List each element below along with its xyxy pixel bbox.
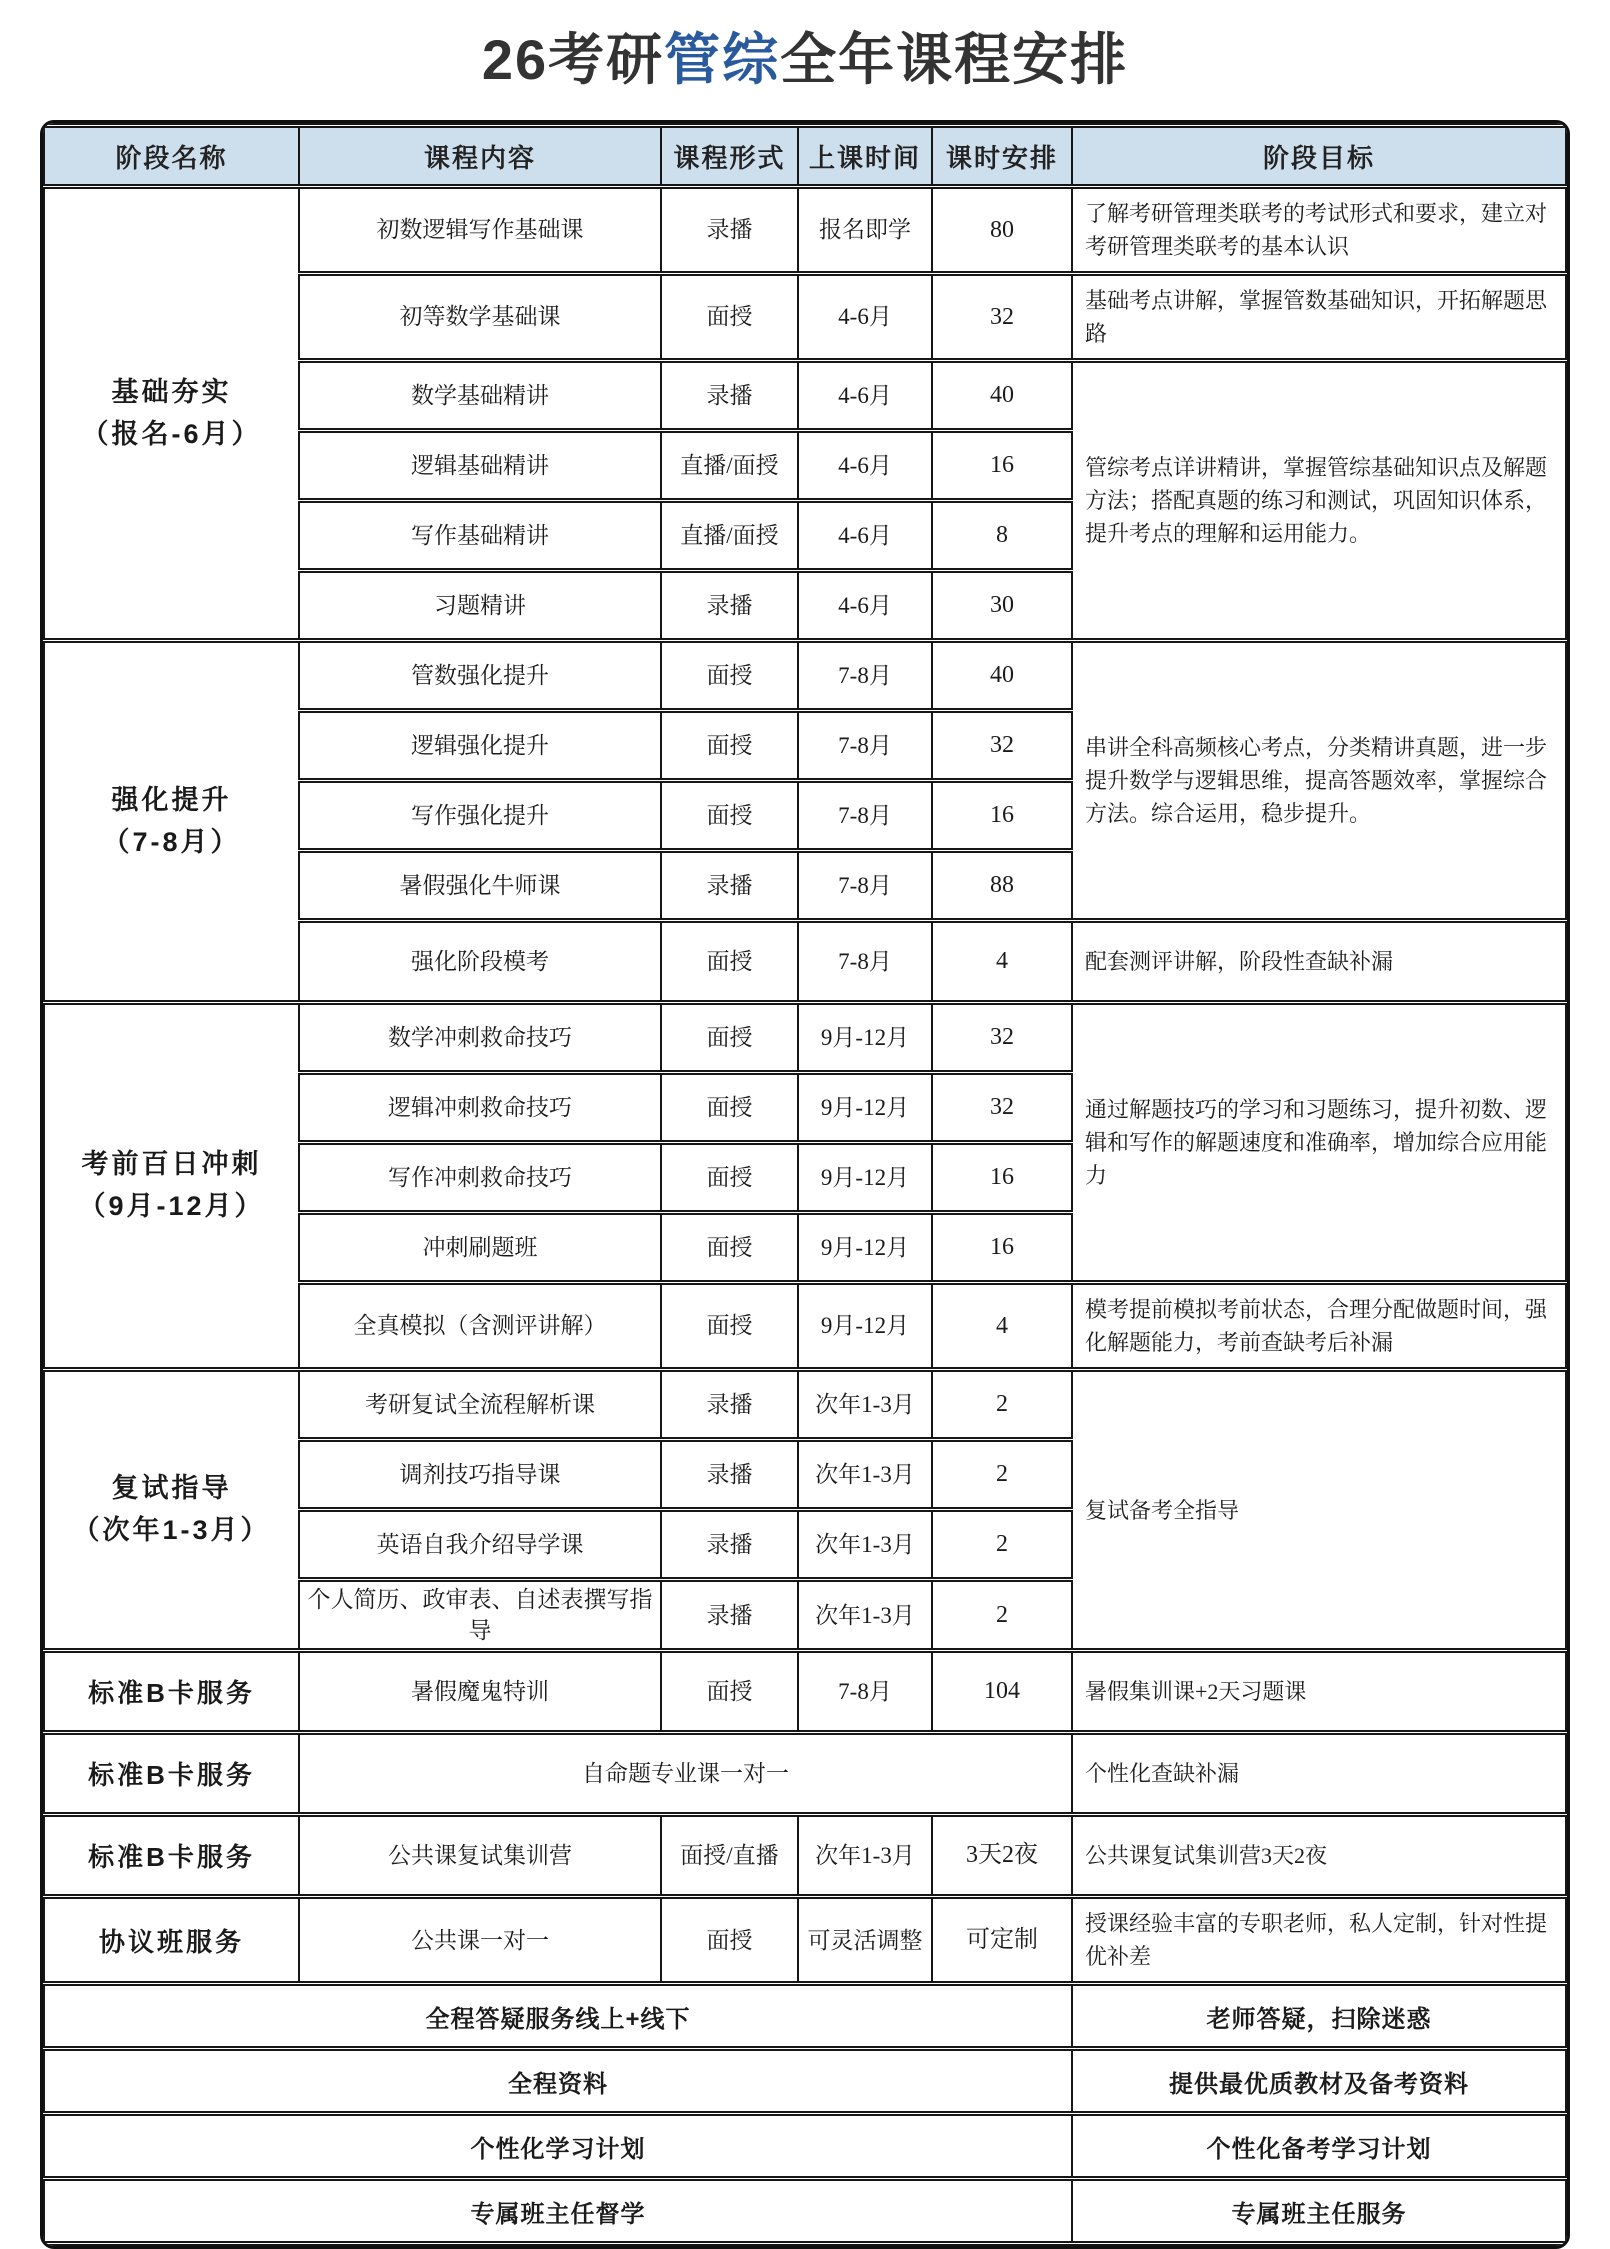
course-content-cell: 全真模拟（含测评讲解） xyxy=(299,1283,661,1370)
class-time-cell: 次年1-3月 xyxy=(798,1370,932,1440)
title-suffix: 全年课程安排 xyxy=(780,28,1128,91)
course-format-cell: 录播 xyxy=(661,361,798,431)
stage-goal-cell: 通过解题技巧的学习和习题练习，提升初数、逻辑和写作的解题速度和准确率，增加综合应… xyxy=(1072,1003,1566,1283)
course-content-cell: 写作基础精讲 xyxy=(299,501,661,571)
header-time: 上课时间 xyxy=(798,126,932,187)
class-hours-cell: 4 xyxy=(932,1283,1072,1370)
course-format-cell: 录播 xyxy=(661,1580,798,1651)
service-item-cell: 专属班主任督学 xyxy=(44,2179,1072,2244)
course-content-cell: 数学基础精讲 xyxy=(299,361,661,431)
course-schedule-table: 阶段名称课程内容课程形式上课时间课时安排阶段目标基础夯实 （报名-6月）初数逻辑… xyxy=(40,120,1570,2249)
stage-goal-cell: 基础考点讲解，掌握管数基础知识，开拓解题思路 xyxy=(1072,274,1566,361)
table-row: 基础夯实 （报名-6月）初数逻辑写作基础课录播报名即学80了解考研管理类联考的考… xyxy=(44,187,1566,274)
stage-goal-cell: 复试备考全指导 xyxy=(1072,1370,1566,1651)
table-row: 考前百日冲刺 （9月-12月）数学冲刺救命技巧面授9月-12月32通过解题技巧的… xyxy=(44,1003,1566,1073)
class-time-cell: 7-8月 xyxy=(798,781,932,851)
course-format-cell: 面授 xyxy=(661,1003,798,1073)
course-format-cell: 直播/面授 xyxy=(661,501,798,571)
class-hours-cell: 80 xyxy=(932,187,1072,274)
course-format-cell: 录播 xyxy=(661,851,798,921)
course-content-cell: 逻辑基础精讲 xyxy=(299,431,661,501)
course-format-cell: 录播 xyxy=(661,187,798,274)
class-hours-cell: 32 xyxy=(932,1073,1072,1143)
stage-goal-cell: 串讲全科高频核心考点，分类精讲真题，进一步提升数学与逻辑思维，提高答题效率，掌握… xyxy=(1072,641,1566,921)
table-row: 强化提升 （7-8月）管数强化提升面授7-8月40串讲全科高频核心考点，分类精讲… xyxy=(44,641,1566,711)
title-prefix: 26考研 xyxy=(482,28,664,91)
class-hours-cell: 2 xyxy=(932,1510,1072,1580)
class-time-cell: 7-8月 xyxy=(798,641,932,711)
course-content-cell: 强化阶段模考 xyxy=(299,921,661,1003)
service-item-cell: 全程资料 xyxy=(44,2049,1072,2114)
class-hours-cell: 104 xyxy=(932,1651,1072,1733)
stage-goal-cell: 管综考点详讲精讲，掌握管综基础知识点及解题方法；搭配真题的练习和测试，巩固知识体… xyxy=(1072,361,1566,641)
stage-goal-cell: 授课经验丰富的专职老师，私人定制，针对性提优补差 xyxy=(1072,1897,1566,1984)
table-row: 全程答疑服务线上+线下老师答疑，扫除迷惑 xyxy=(44,1984,1566,2049)
class-time-cell: 9月-12月 xyxy=(798,1213,932,1283)
header-goal: 阶段目标 xyxy=(1072,126,1566,187)
header-content: 课程内容 xyxy=(299,126,661,187)
course-content-cell: 个人简历、政审表、自述表撰写指导 xyxy=(299,1580,661,1651)
course-format-cell: 面授 xyxy=(661,1143,798,1213)
course-format-cell: 面授 xyxy=(661,1073,798,1143)
header-row: 阶段名称课程内容课程形式上课时间课时安排阶段目标 xyxy=(44,126,1566,187)
service-goal-cell: 专属班主任服务 xyxy=(1072,2179,1566,2244)
course-format-cell: 面授 xyxy=(661,274,798,361)
course-content-cell: 管数强化提升 xyxy=(299,641,661,711)
stage-goal-cell: 暑假集训课+2天习题课 xyxy=(1072,1651,1566,1733)
stage-goal-cell: 公共课复试集训营3天2夜 xyxy=(1072,1815,1566,1897)
course-format-cell: 面授 xyxy=(661,1213,798,1283)
course-format-cell: 面授 xyxy=(661,711,798,781)
class-time-cell: 报名即学 xyxy=(798,187,932,274)
course-content-cell: 调剂技巧指导课 xyxy=(299,1440,661,1510)
class-hours-cell: 88 xyxy=(932,851,1072,921)
class-time-cell: 4-6月 xyxy=(798,431,932,501)
header-hours: 课时安排 xyxy=(932,126,1072,187)
stage-goal-cell: 配套测评讲解，阶段性查缺补漏 xyxy=(1072,921,1566,1003)
course-format-cell: 面授 xyxy=(661,641,798,711)
course-format-cell: 面授/直播 xyxy=(661,1815,798,1897)
class-hours-cell: 40 xyxy=(932,641,1072,711)
page: 26考研管综全年课程安排 阶段名称课程内容课程形式上课时间课时安排阶段目标基础夯… xyxy=(0,0,1610,2249)
class-hours-cell: 16 xyxy=(932,1143,1072,1213)
title-highlight: 管综 xyxy=(664,28,780,91)
class-time-cell: 9月-12月 xyxy=(798,1073,932,1143)
class-hours-cell: 30 xyxy=(932,571,1072,641)
class-time-cell: 次年1-3月 xyxy=(798,1440,932,1510)
stage-name-cell: 考前百日冲刺 （9月-12月） xyxy=(44,1003,299,1370)
service-item-cell: 全程答疑服务线上+线下 xyxy=(44,1984,1072,2049)
course-content-cell: 逻辑冲刺救命技巧 xyxy=(299,1073,661,1143)
class-hours-cell: 40 xyxy=(932,361,1072,431)
course-format-cell: 直播/面授 xyxy=(661,431,798,501)
stage-goal-cell: 模考提前模拟考前状态，合理分配做题时间，强化解题能力，考前查缺考后补漏 xyxy=(1072,1283,1566,1370)
course-format-cell: 面授 xyxy=(661,1897,798,1984)
class-time-cell: 9月-12月 xyxy=(798,1143,932,1213)
service-name-cell: 标准B卡服务 xyxy=(44,1733,299,1815)
stage-name-cell: 复试指导 （次年1-3月） xyxy=(44,1370,299,1651)
course-format-cell: 录播 xyxy=(661,571,798,641)
course-content-cell: 公共课一对一 xyxy=(299,1897,661,1984)
course-content-cell: 考研复试全流程解析课 xyxy=(299,1370,661,1440)
class-time-cell: 4-6月 xyxy=(798,274,932,361)
course-content-cell: 初等数学基础课 xyxy=(299,274,661,361)
class-hours-cell: 32 xyxy=(932,1003,1072,1073)
service-item-cell: 个性化学习计划 xyxy=(44,2114,1072,2179)
class-hours-cell: 32 xyxy=(932,711,1072,781)
service-goal-cell: 个性化备考学习计划 xyxy=(1072,2114,1566,2179)
stage-goal-cell: 个性化查缺补漏 xyxy=(1072,1733,1566,1815)
table-row: 复试指导 （次年1-3月）考研复试全流程解析课录播次年1-3月2复试备考全指导 xyxy=(44,1370,1566,1440)
course-format-cell: 面授 xyxy=(661,1283,798,1370)
table-row: 标准B卡服务自命题专业课一对一个性化查缺补漏 xyxy=(44,1733,1566,1815)
class-time-cell: 4-6月 xyxy=(798,501,932,571)
course-format-cell: 面授 xyxy=(661,1651,798,1733)
course-content-cell: 写作强化提升 xyxy=(299,781,661,851)
class-hours-cell: 2 xyxy=(932,1440,1072,1510)
course-content-cell: 习题精讲 xyxy=(299,571,661,641)
table-row: 个性化学习计划个性化备考学习计划 xyxy=(44,2114,1566,2179)
service-goal-cell: 老师答疑，扫除迷惑 xyxy=(1072,1984,1566,2049)
course-format-cell: 录播 xyxy=(661,1510,798,1580)
class-time-cell: 次年1-3月 xyxy=(798,1815,932,1897)
service-name-cell: 协议班服务 xyxy=(44,1897,299,1984)
class-time-cell: 7-8月 xyxy=(798,921,932,1003)
table-row: 协议班服务公共课一对一面授可灵活调整可定制授课经验丰富的专职老师，私人定制，针对… xyxy=(44,1897,1566,1984)
class-time-cell: 7-8月 xyxy=(798,711,932,781)
course-content-cell: 英语自我介绍导学课 xyxy=(299,1510,661,1580)
class-hours-cell: 8 xyxy=(932,501,1072,571)
course-content-cell: 暑假强化牛师课 xyxy=(299,851,661,921)
course-format-cell: 录播 xyxy=(661,1370,798,1440)
course-format-cell: 面授 xyxy=(661,921,798,1003)
class-hours-cell: 32 xyxy=(932,274,1072,361)
table-row: 专属班主任督学专属班主任服务 xyxy=(44,2179,1566,2244)
table-row: 标准B卡服务暑假魔鬼特训面授7-8月104暑假集训课+2天习题课 xyxy=(44,1651,1566,1733)
header-stage: 阶段名称 xyxy=(44,126,299,187)
class-time-cell: 9月-12月 xyxy=(798,1003,932,1073)
class-time-cell: 次年1-3月 xyxy=(798,1580,932,1651)
table-row: 标准B卡服务公共课复试集训营面授/直播次年1-3月3天2夜公共课复试集训营3天2… xyxy=(44,1815,1566,1897)
course-content-cell: 公共课复试集训营 xyxy=(299,1815,661,1897)
course-format-cell: 面授 xyxy=(661,781,798,851)
class-hours-cell: 3天2夜 xyxy=(932,1815,1072,1897)
class-time-cell: 7-8月 xyxy=(798,1651,932,1733)
course-content-cell: 逻辑强化提升 xyxy=(299,711,661,781)
class-time-cell: 4-6月 xyxy=(798,361,932,431)
service-goal-cell: 提供最优质教材及备考资料 xyxy=(1072,2049,1566,2114)
header-format: 课程形式 xyxy=(661,126,798,187)
service-name-cell: 标准B卡服务 xyxy=(44,1815,299,1897)
class-hours-cell: 16 xyxy=(932,1213,1072,1283)
page-title: 26考研管综全年课程安排 xyxy=(0,0,1610,120)
course-content-cell: 冲刺刷题班 xyxy=(299,1213,661,1283)
stage-name-cell: 基础夯实 （报名-6月） xyxy=(44,187,299,641)
stage-goal-cell: 了解考研管理类联考的考试形式和要求，建立对考研管理类联考的基本认识 xyxy=(1072,187,1566,274)
class-hours-cell: 2 xyxy=(932,1370,1072,1440)
class-hours-cell: 4 xyxy=(932,921,1072,1003)
stage-name-cell: 强化提升 （7-8月） xyxy=(44,641,299,1003)
schedule-table: 阶段名称课程内容课程形式上课时间课时安排阶段目标基础夯实 （报名-6月）初数逻辑… xyxy=(43,123,1567,2246)
course-content-cell: 数学冲刺救命技巧 xyxy=(299,1003,661,1073)
class-time-cell: 可灵活调整 xyxy=(798,1897,932,1984)
course-content-cell: 暑假魔鬼特训 xyxy=(299,1651,661,1733)
class-hours-cell: 2 xyxy=(932,1580,1072,1651)
table-row: 全程资料提供最优质教材及备考资料 xyxy=(44,2049,1566,2114)
class-hours-cell: 16 xyxy=(932,431,1072,501)
course-content-cell: 自命题专业课一对一 xyxy=(299,1733,1072,1815)
class-time-cell: 次年1-3月 xyxy=(798,1510,932,1580)
course-format-cell: 录播 xyxy=(661,1440,798,1510)
class-time-cell: 7-8月 xyxy=(798,851,932,921)
class-hours-cell: 可定制 xyxy=(932,1897,1072,1984)
course-content-cell: 写作冲刺救命技巧 xyxy=(299,1143,661,1213)
course-content-cell: 初数逻辑写作基础课 xyxy=(299,187,661,274)
class-time-cell: 9月-12月 xyxy=(798,1283,932,1370)
service-name-cell: 标准B卡服务 xyxy=(44,1651,299,1733)
class-time-cell: 4-6月 xyxy=(798,571,932,641)
class-hours-cell: 16 xyxy=(932,781,1072,851)
